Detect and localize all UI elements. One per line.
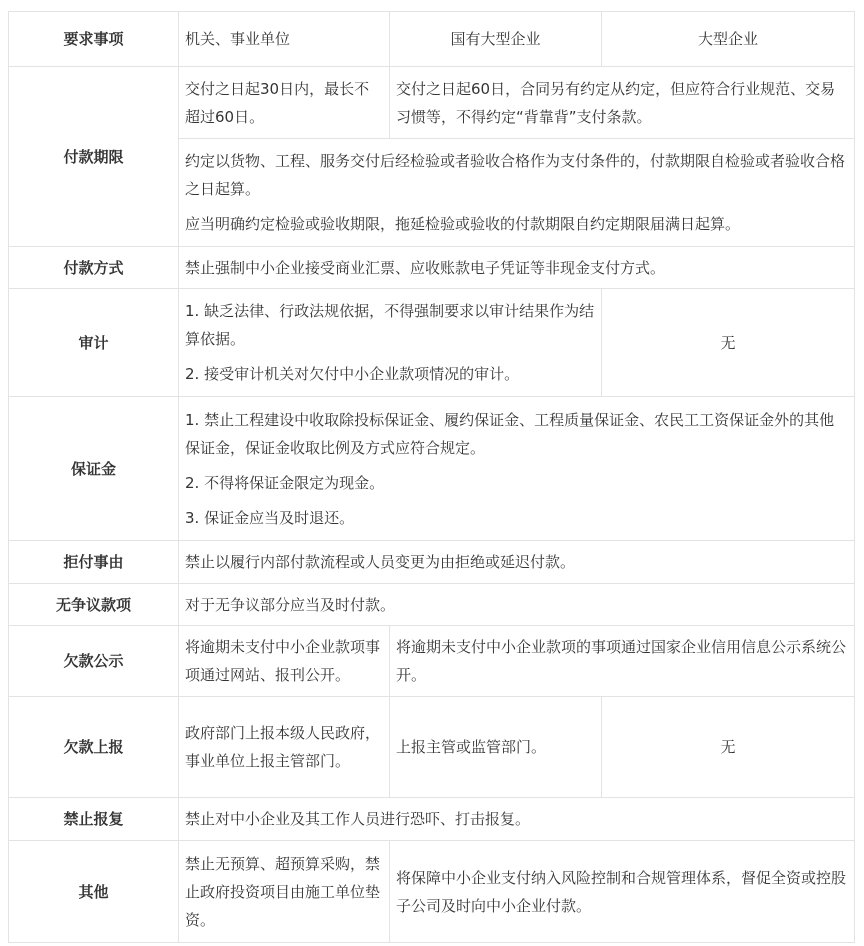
table-row-payment-method: 付款方式 禁止强制中小企业接受商业汇票、应收账款电子凭证等非现金支付方式。 <box>9 247 855 289</box>
payment-term-common-2: 应当明确约定检验或验收期限，拖延检验或验收的付款期限自约定期限届满日起算。 <box>185 210 848 238</box>
table-row-arrears-report: 欠款上报 政府部门上报本级人民政府，事业单位上报主管部门。 上报主管或监管部门。… <box>9 697 855 798</box>
payment-term-enterprise: 交付之日起60日，合同另有约定从约定，但应符合行业规范、交易习惯等，不得约定“背… <box>390 67 855 139</box>
payment-term-gov: 交付之日起30日内，最长不超过60日。 <box>179 67 390 139</box>
other-gov: 禁止无预算、超预算采购，禁止政府投资项目由施工单位垫资。 <box>179 841 390 943</box>
deposit-rules: 1. 禁止工程建设中收取除投标保证金、履约保证金、工程质量保证金、农民工工资保证… <box>179 397 855 541</box>
no-retaliation-text: 禁止对中小企业及其工作人员进行恐吓、打击报复。 <box>179 798 855 841</box>
refusal-reason-text: 禁止以履行内部付款流程或人员变更为由拒绝或延迟付款。 <box>179 541 855 584</box>
header-state-owned-large-enterprise: 国有大型企业 <box>390 12 602 67</box>
requirements-comparison-table: 要求事项 机关、事业单位 国有大型企业 大型企业 付款期限 交付之日起30日内，… <box>8 11 855 943</box>
row-label-arrears-publication: 欠款公示 <box>9 626 179 697</box>
audit-gov-soe: 1. 缺乏法律、行政法规依据，不得强制要求以审计结果作为结算依据。 2. 接受审… <box>179 289 602 397</box>
header-gov-institutions: 机关、事业单位 <box>179 12 390 67</box>
payment-method-text: 禁止强制中小企业接受商业汇票、应收账款电子凭证等非现金支付方式。 <box>179 247 855 289</box>
row-label-undisputed-amount: 无争议款项 <box>9 584 179 626</box>
deposit-item-3: 3. 保证金应当及时退还。 <box>185 504 848 532</box>
table-header-row: 要求事项 机关、事业单位 国有大型企业 大型企业 <box>9 12 855 67</box>
table-row-no-retaliation: 禁止报复 禁止对中小企业及其工作人员进行恐吓、打击报复。 <box>9 798 855 841</box>
arrears-report-soe: 上报主管或监管部门。 <box>390 697 602 798</box>
table-row-payment-term: 付款期限 交付之日起30日内，最长不超过60日。 交付之日起60日，合同另有约定… <box>9 67 855 139</box>
payment-term-common: 约定以货物、工程、服务交付后经检验或者验收合格作为支付条件的，付款期限自检验或者… <box>179 139 855 247</box>
table-row-arrears-publication: 欠款公示 将逾期未支付中小企业款项事项通过网站、报刊公开。 将逾期未支付中小企业… <box>9 626 855 697</box>
deposit-item-2: 2. 不得将保证金限定为现金。 <box>185 469 848 497</box>
audit-item-2: 2. 接受审计机关对欠付中小企业款项情况的审计。 <box>185 360 595 388</box>
deposit-item-1: 1. 禁止工程建设中收取除投标保证金、履约保证金、工程质量保证金、农民工工资保证… <box>185 406 848 462</box>
table-row-other: 其他 禁止无预算、超预算采购，禁止政府投资项目由施工单位垫资。 将保障中小企业支… <box>9 841 855 943</box>
audit-large-enterprise: 无 <box>602 289 855 397</box>
header-requirement-item: 要求事项 <box>9 12 179 67</box>
row-label-arrears-report: 欠款上报 <box>9 697 179 798</box>
audit-item-1: 1. 缺乏法律、行政法规依据，不得强制要求以审计结果作为结算依据。 <box>185 297 595 353</box>
undisputed-amount-text: 对于无争议部分应当及时付款。 <box>179 584 855 626</box>
row-label-payment-method: 付款方式 <box>9 247 179 289</box>
table-row-undisputed-amount: 无争议款项 对于无争议部分应当及时付款。 <box>9 584 855 626</box>
other-enterprise: 将保障中小企业支付纳入风险控制和合规管理体系，督促全资或控股子公司及时向中小企业… <box>390 841 855 943</box>
table-row-deposit: 保证金 1. 禁止工程建设中收取除投标保证金、履约保证金、工程质量保证金、农民工… <box>9 397 855 541</box>
arrears-publication-gov: 将逾期未支付中小企业款项事项通过网站、报刊公开。 <box>179 626 390 697</box>
payment-term-common-1: 约定以货物、工程、服务交付后经检验或者验收合格作为支付条件的，付款期限自检验或者… <box>185 147 848 203</box>
arrears-report-gov: 政府部门上报本级人民政府，事业单位上报主管部门。 <box>179 697 390 798</box>
table-row-refusal-reason: 拒付事由 禁止以履行内部付款流程或人员变更为由拒绝或延迟付款。 <box>9 541 855 584</box>
arrears-report-large-enterprise: 无 <box>602 697 855 798</box>
row-label-refusal-reason: 拒付事由 <box>9 541 179 584</box>
row-label-deposit: 保证金 <box>9 397 179 541</box>
row-label-no-retaliation: 禁止报复 <box>9 798 179 841</box>
row-label-other: 其他 <box>9 841 179 943</box>
arrears-publication-enterprise: 将逾期未支付中小企业款项的事项通过国家企业信用信息公示系统公开。 <box>390 626 855 697</box>
row-label-payment-term: 付款期限 <box>9 67 179 247</box>
row-label-audit: 审计 <box>9 289 179 397</box>
header-large-enterprise: 大型企业 <box>602 12 855 67</box>
table-row-audit: 审计 1. 缺乏法律、行政法规依据，不得强制要求以审计结果作为结算依据。 2. … <box>9 289 855 397</box>
